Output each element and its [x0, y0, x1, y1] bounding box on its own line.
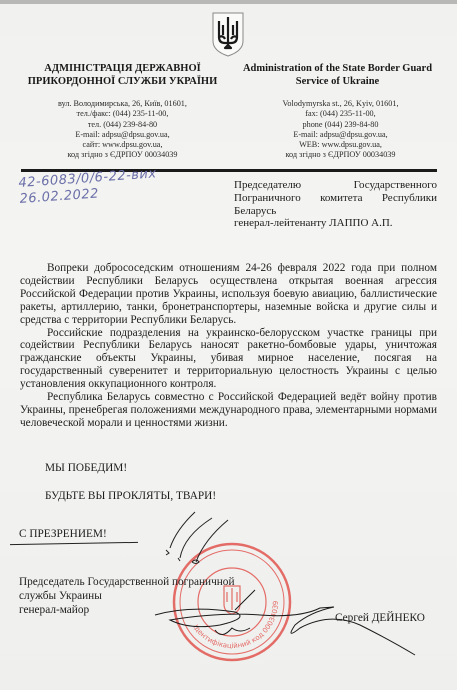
regards-underline — [10, 542, 138, 545]
signatory-title-line: Председатель Государственной пограничной — [19, 575, 235, 589]
address-ua-line: код згідно з ЄДРПОУ 00034039 — [20, 150, 225, 160]
address-ua-line: тел. (044) 239-84-80 — [20, 120, 225, 130]
address-ua-line: тел./факс: (044) 235-11-00, — [20, 109, 225, 119]
address-en-line: WEB: www.dpsu.gov.ua, — [238, 140, 443, 150]
body-paragraph: Вопреки добрососедским отношениям 24-26 … — [20, 262, 437, 327]
address-ua-line: E-mail: adpsu@dpsu.gov.ua, — [20, 130, 225, 140]
signatory-name: Сергей ДЕЙНЕКО — [335, 612, 425, 624]
exclamation-curse: БУДЬТЕ ВЫ ПРОКЛЯТЫ, ТВАРИ! — [45, 490, 216, 502]
addressee-line: Беларусь — [234, 205, 437, 218]
addressee-line: Пограничного комитета Республики — [234, 192, 437, 205]
trident-coat-of-arms-icon — [211, 11, 245, 57]
addressee-line: генерал-лейтенанту ЛАППО А.П. — [234, 217, 437, 230]
signatory-title-line: службы Украины — [19, 589, 235, 603]
address-en-line: Volodymyrska st., 26, Kyiv, 01601, — [238, 99, 443, 109]
letter-body: Вопреки добрососедским отношениям 24-26 … — [20, 262, 437, 430]
address-ua-line: сайт: www.dpsu.gov.ua, — [20, 140, 225, 150]
signatory-title: Председатель Государственной пограничной… — [19, 575, 235, 617]
address-ua: вул. Володимирська, 26, Київ, 01601, тел… — [20, 99, 225, 161]
handwritten-registration: 42-6083/0/6-22-вих 26.02.2022 — [18, 166, 158, 208]
org-name-en-line2: Service of Ukraine — [235, 75, 440, 88]
page-top-edge — [0, 0, 457, 4]
address-en-line: fax: (044) 235-11-00, — [238, 109, 443, 119]
address-en-line: код згідно з ЄДРПОУ 00034039 — [238, 150, 443, 160]
body-paragraph: Российские подразделения на украинско-бе… — [20, 327, 437, 392]
org-name-en-line1: Administration of the State Border Guard — [235, 62, 440, 75]
org-name-ua-line1: АДМІНІСТРАЦІЯ ДЕРЖАВНОЇ — [20, 62, 225, 75]
address-ua-line: вул. Володимирська, 26, Київ, 01601, — [20, 99, 225, 109]
closing-regards: С ПРЕЗРЕНИЕМ! — [19, 528, 107, 540]
letter-page: АДМІНІСТРАЦІЯ ДЕРЖАВНОЇ ПРИКОРДОННОЇ СЛУ… — [0, 0, 457, 690]
addressee-line: Председателю Государственного — [234, 179, 437, 192]
signatory-title-line: генерал-майор — [19, 603, 235, 617]
org-name-en: Administration of the State Border Guard… — [235, 62, 440, 88]
exclamation-we-will-win: МЫ ПОБЕДИМ! — [45, 462, 127, 474]
address-en-line: E-mail: adpsu@dpsu.gov.ua, — [238, 130, 443, 140]
org-name-ua: АДМІНІСТРАЦІЯ ДЕРЖАВНОЇ ПРИКОРДОННОЇ СЛУ… — [20, 62, 225, 88]
org-name-ua-line2: ПРИКОРДОННОЇ СЛУЖБИ УКРАЇНИ — [20, 75, 225, 88]
address-en: Volodymyrska st., 26, Kyiv, 01601, fax: … — [238, 99, 443, 161]
addressee-block: Председателю Государственного Погранично… — [234, 179, 437, 230]
address-en-line: phone (044) 239-84-80 — [238, 120, 443, 130]
body-paragraph: Республика Беларусь совместно с Российск… — [20, 391, 437, 430]
